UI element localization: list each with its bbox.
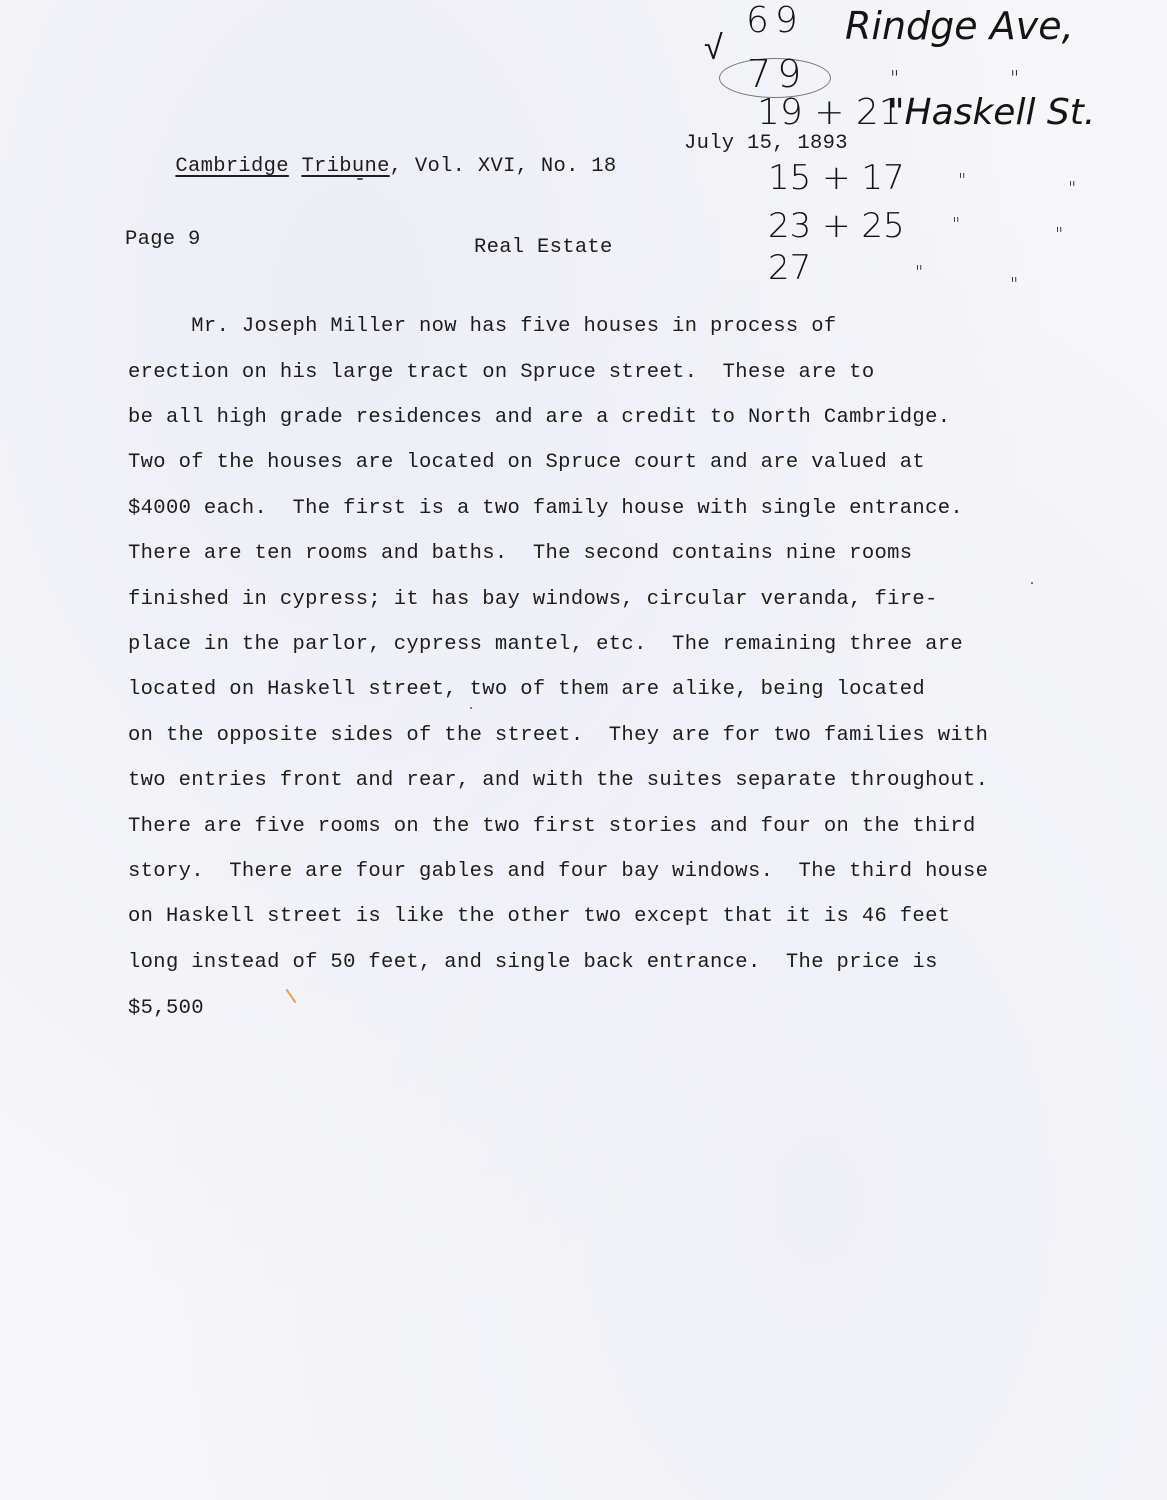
- article-line: place in the parlor, cypress mantel, etc…: [128, 633, 963, 656]
- handwritten-ditto: ": [958, 170, 966, 191]
- handwritten-ditto: ": [890, 66, 899, 90]
- article-line: Mr. Joseph Miller now has five houses in…: [128, 315, 837, 338]
- publication-citation: Cambridge Tribune, Vol. XVI, No. 18: [125, 132, 617, 201]
- handwritten-ditto: ": [915, 262, 923, 283]
- handwritten-number-27: 27: [768, 248, 811, 288]
- article-line: Two of the houses are located on Spruce …: [128, 451, 925, 474]
- article-line: story. There are four gables and four ba…: [128, 860, 988, 883]
- article-line: long instead of 50 feet, and single back…: [128, 951, 938, 974]
- handwritten-number-15-17: 15 + 17: [768, 158, 905, 198]
- section-title: Real Estate: [474, 236, 613, 259]
- handwritten-ditto: ": [1068, 178, 1076, 199]
- article-line: erection on his large tract on Spruce st…: [128, 361, 874, 384]
- stray-mark: [286, 989, 297, 1003]
- publication-date: July 15, 1893: [684, 132, 848, 155]
- handwritten-street-rindge: Rindge Ave,: [845, 4, 1074, 48]
- handwritten-number-79: 79: [747, 52, 807, 96]
- stray-mark: [1031, 582, 1033, 584]
- article-line: $4000 each. The first is a two family ho…: [128, 497, 963, 520]
- article-line: There are ten rooms and baths. The secon…: [128, 542, 912, 565]
- page-number: Page 9: [125, 228, 201, 251]
- stray-mark: [470, 707, 472, 709]
- handwritten-checkmark: √: [704, 28, 723, 68]
- article-line: finished in cypress; it has bay windows,…: [128, 588, 938, 611]
- article-line: two entries front and rear, and with the…: [128, 769, 988, 792]
- document-page: √ 69 Rindge Ave, 79 " " 19 + 21 "Haskell…: [0, 0, 1167, 1500]
- handwritten-number-19-21: 19 + 21: [757, 92, 902, 133]
- publication-name-cambridge: Cambridge: [175, 155, 288, 178]
- article-line: on Haskell street is like the other two …: [128, 905, 950, 928]
- article-line: be all high grade residences and are a c…: [128, 406, 950, 429]
- stray-mark: [357, 178, 363, 180]
- handwritten-ditto: ": [1055, 224, 1063, 245]
- handwritten-number-69: 69: [746, 0, 804, 41]
- article-line: There are five rooms on the two first st…: [128, 815, 976, 838]
- volume-info: , Vol. XVI, No. 18: [390, 155, 617, 178]
- handwritten-ditto: ": [1010, 66, 1019, 90]
- article-line: located on Haskell street, two of them a…: [128, 678, 925, 701]
- article-line: on the opposite sides of the street. The…: [128, 724, 988, 747]
- handwritten-ditto: ": [952, 214, 960, 235]
- handwritten-street-haskell: "Haskell St.: [888, 92, 1095, 133]
- publication-name-tribune: Tribune: [301, 155, 389, 178]
- handwritten-ditto: ": [1010, 274, 1018, 295]
- article-line: $5,500: [128, 997, 204, 1020]
- handwritten-number-23-25: 23 + 25: [768, 206, 905, 246]
